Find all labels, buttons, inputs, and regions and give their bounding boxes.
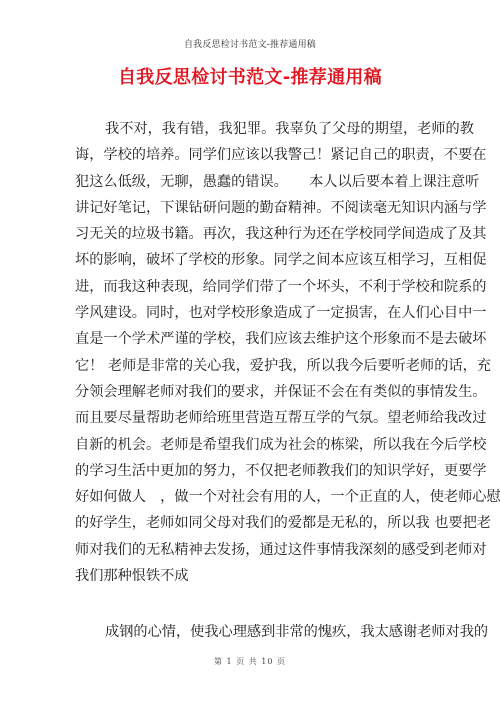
document-title: 自我反思检讨书范文-推荐通用稿 (0, 63, 500, 89)
body-line: 的好学生，老师如同父母对我们的爱都是无私的，所以我 也要把老 (75, 510, 427, 536)
body-line: 好如何做人 ，做一个对社会有用的人，一个正直的人，使老师心慰 (75, 484, 427, 510)
body-line: 分领会理解老师对我们的要求，并保证不会在有类似的事情发生。 (75, 379, 427, 405)
paragraph-gap (75, 589, 427, 619)
body-line: 我们那种恨铁不成 (75, 563, 427, 589)
body-line: 我不对，我有错，我犯罪。我辜负了父母的期望，老师的教 (75, 116, 427, 142)
page-number: 第 1 页 共 10 页 (0, 656, 500, 667)
body-line: 直是一个学术严谨的学校，我们应该去维护这个形象而不是去破坏 (75, 326, 427, 352)
body-line: 讲记好笔记，下课钻研问题的勤奋精神。不阅读毫无知识内涵与学 (75, 195, 427, 221)
body-line: 它！ 老师是非常的关心我，爱护我，所以我今后要听老师的话，充 (75, 353, 427, 379)
body-line: 而且要尽量帮助老师给班里营造互帮互学的气氛。望老师给我改过 (75, 405, 427, 431)
body-line: 学风建设。同时，也对学校形象造成了一定损害，在人们心目中一 (75, 300, 427, 326)
body-line: 师对我们的无私精神去发扬，通过这件事情我深刻的感受到老师对 (75, 537, 427, 563)
running-header: 自我反思检讨书范文-推荐通用稿 (0, 37, 500, 50)
body-line: 习无关的垃圾书籍。再次，我这种行为还在学校同学间造成了及其 (75, 221, 427, 247)
body-line: 犯这么低级，无聊，愚蠢的错误。 本人以后要本着上课注意听 (75, 169, 427, 195)
second-paragraph-line: 成钢的心情，使我心理感到非常的愧疚，我太感谢老师对我的 (75, 619, 427, 645)
body-line: 坏的影响，破坏了学校的形象。同学之间本应该互相学习，互相促 (75, 247, 427, 273)
document-body: 我不对，我有错，我犯罪。我辜负了父母的期望，老师的教 诲，学校的培养。同学们应该… (75, 116, 427, 646)
body-line: 的学习生活中更加的努力，不仅把老师教我们的知识学好，更要学 (75, 458, 427, 484)
body-line: 进，而我这种表现，给同学们带了一个坏头，不利于学校和院系的 (75, 274, 427, 300)
body-line: 自新的机会。老师是希望我们成为社会的栋梁，所以我在今后学校 (75, 432, 427, 458)
body-line: 诲，学校的培养。同学们应该以我警己！紧记自己的职责，不要在 (75, 142, 427, 168)
